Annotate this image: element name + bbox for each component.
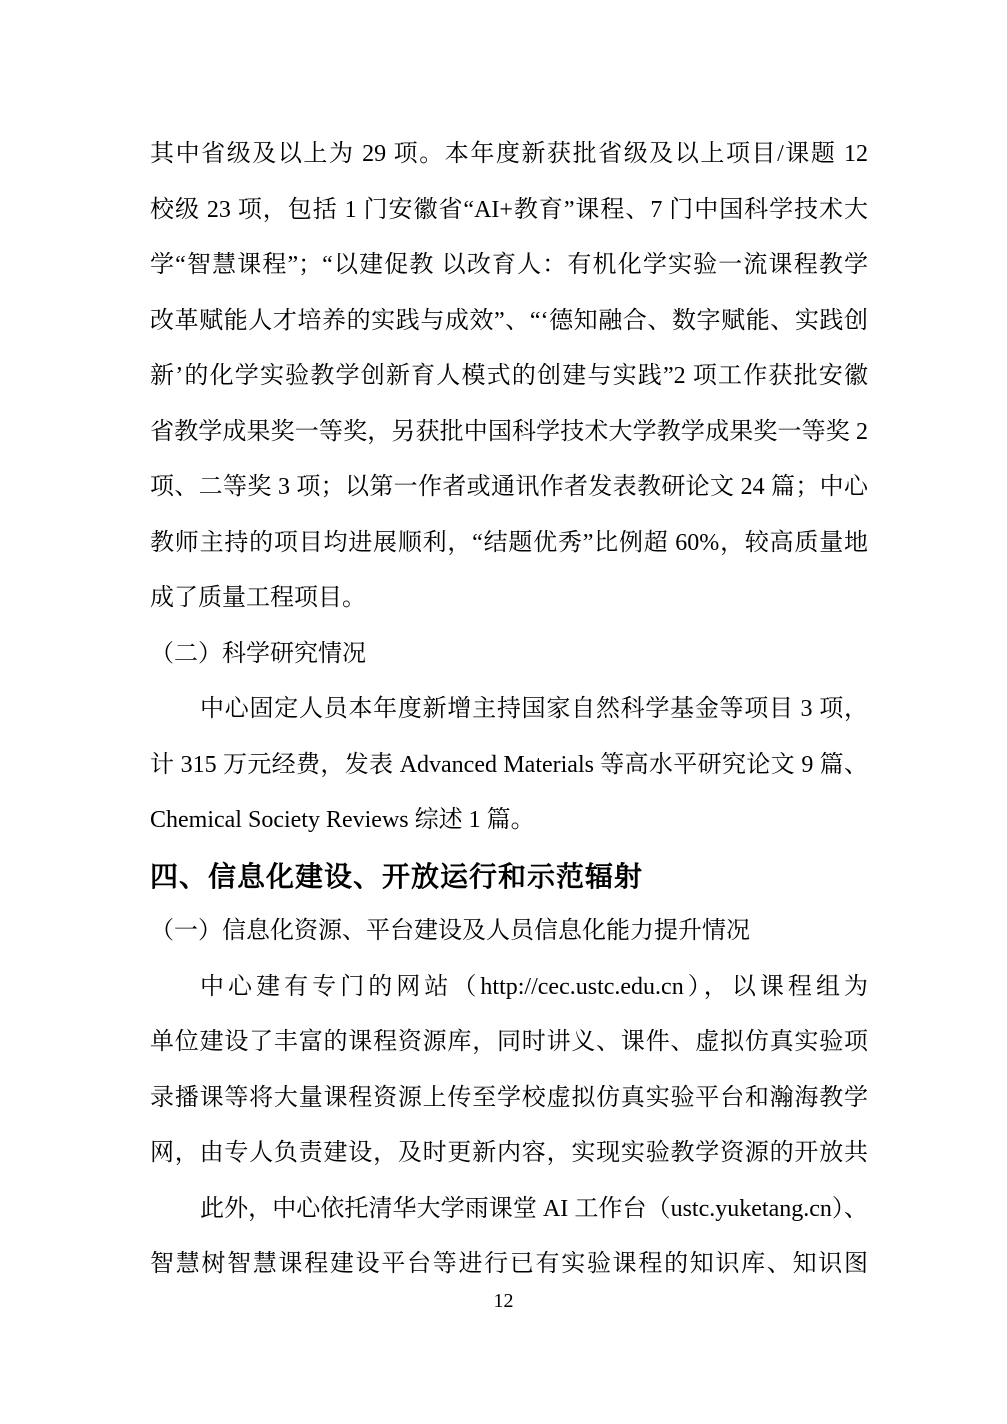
paragraph-line: 中心建有专门的网站（http://cec.ustc.edu.cn），以课程组为: [150, 960, 868, 1016]
paragraph-line: 此外，中心依托清华大学雨课堂 AI 工作台（ustc.yuketang.cn）、: [150, 1182, 868, 1238]
paragraph-line: 校级 23 项，包括 1 门安徽省“AI+教育”课程、7 门中国科学技术大: [150, 183, 868, 239]
document-page: 其中省级及以上为 29 项。本年度新获批省级及以上项目/课题 12 项， 校级 …: [0, 0, 1007, 1424]
subsection-heading-informatization-resources: （一）信息化资源、平台建设及人员信息化能力提升情况: [150, 904, 868, 960]
paragraph-line: 省教学成果奖一等奖，另获批中国科学技术大学教学成果奖一等奖 2: [150, 405, 868, 461]
paragraph-line: 成了质量工程项目。: [150, 571, 868, 627]
paragraph-line: 中心固定人员本年度新增主持国家自然科学基金等项目 3 项，共: [150, 682, 868, 738]
page-number: 12: [0, 1288, 1007, 1314]
paragraph-line: 教师主持的项目均进展顺利，“结题优秀”比例超 60%，较高质量地完: [150, 516, 868, 572]
paragraph-line: Chemical Society Reviews 综述 1 篇。: [150, 793, 868, 849]
subsection-heading-science-research: （二）科学研究情况: [150, 627, 868, 683]
paragraph-line: 单位建设了丰富的课程资源库，同时讲义、课件、虚拟仿真实验项目、: [150, 1015, 868, 1071]
paragraph-line: 网，由专人负责建设，及时更新内容，实现实验教学资源的开放共享。: [150, 1126, 868, 1182]
section-heading-informatization: 四、信息化建设、开放运行和示范辐射: [150, 849, 868, 905]
paragraph-line: 新’的化学实验教学创新育人模式的创建与实践”2 项工作获批安徽: [150, 349, 868, 405]
paragraph-line: 学“智慧课程”；“以建促教 以改育人：有机化学实验一流课程教学: [150, 238, 868, 294]
paragraph-line: 其中省级及以上为 29 项。本年度新获批省级及以上项目/课题 12 项，: [150, 127, 868, 183]
text-block: 其中省级及以上为 29 项。本年度新获批省级及以上项目/课题 12 项， 校级 …: [150, 127, 868, 1293]
paragraph-line: 项、二等奖 3 项；以第一作者或通讯作者发表教研论文 24 篇；中心: [150, 460, 868, 516]
paragraph-line: 改革赋能人才培养的实践与成效”、“‘德知融合、数字赋能、实践创: [150, 294, 868, 350]
paragraph-line: 计 315 万元经费，发表 Advanced Materials 等高水平研究论…: [150, 738, 868, 794]
paragraph-line: 录播课等将大量课程资源上传至学校虚拟仿真实验平台和瀚海教学: [150, 1071, 868, 1127]
paragraph-line: 智慧树智慧课程建设平台等进行已有实验课程的知识库、知识图谱、: [150, 1237, 868, 1293]
